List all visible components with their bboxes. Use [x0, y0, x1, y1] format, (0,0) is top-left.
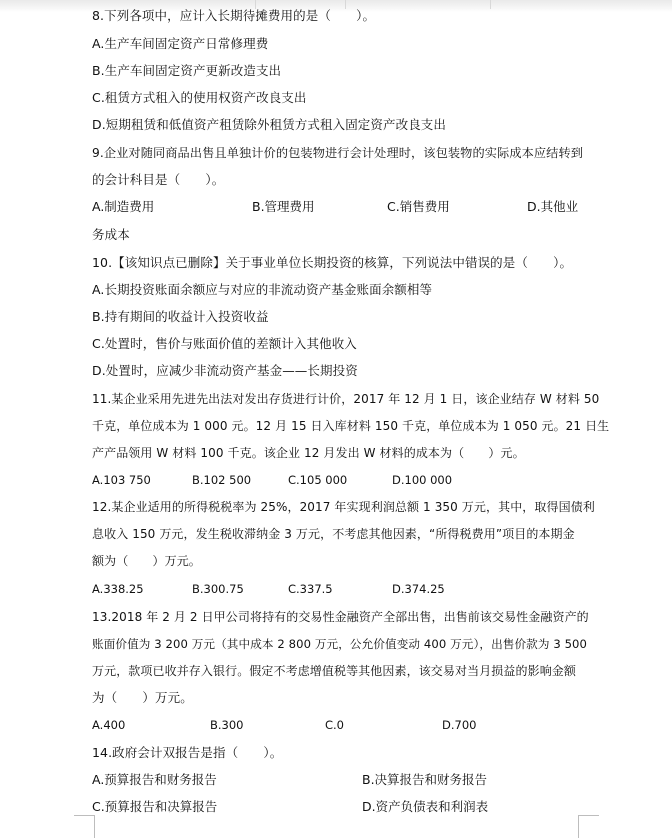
question-8-option-b: B.生产车间固定资产更新改造支出 — [92, 63, 281, 79]
question-13-option-a: A.400 — [92, 717, 125, 733]
question-11-stem-line1: 11.某企业采用先进先出法对发出存货进行计价，2017 年 12 月 1 日，该… — [92, 391, 599, 407]
question-11-option-d: D.100 000 — [392, 472, 452, 488]
question-10-option-b: B.持有期间的收益计入投资收益 — [92, 309, 269, 325]
question-13-stem-line4: 为（ ）万元。 — [92, 690, 193, 706]
question-13-option-c: C.0 — [325, 717, 344, 733]
question-14-option-c: C.预算报告和决算报告 — [92, 799, 217, 815]
question-11-stem-line2: 千克，单位成本为 1 000 元。12 月 15 日入库材料 150 千克，单位… — [92, 418, 609, 434]
question-10-stem: 10.【该知识点已删除】关于事业单位长期投资的核算，下列说法中错误的是（ ）。 — [92, 255, 572, 271]
question-11-option-c: C.105 000 — [288, 472, 347, 488]
page-margin-corner-right — [578, 815, 599, 838]
question-8-option-c: C.租赁方式租入的使用权资产改良支出 — [92, 90, 307, 106]
question-9-stem-line1: 9.企业对随同商品出售且单独计价的包装物进行会计处理时，该包装物的实际成本应结转… — [92, 145, 583, 161]
question-12-option-d: D.374.25 — [392, 581, 445, 597]
question-13-stem-line2: 账面价值为 3 200 万元（其中成本 2 800 万元，公允价值变动 400 … — [92, 636, 587, 652]
question-13-stem-line1: 13.2018 年 2 月 2 日甲公司将持有的交易性金融资产全部出售，出售前该… — [92, 609, 589, 625]
question-12-stem-line3: 额为（ ）万元。 — [92, 553, 201, 569]
question-13-option-b: B.300 — [210, 717, 244, 733]
question-10-option-a: A.长期投资账面余额应与对应的非流动资产基金账面余额相等 — [92, 282, 432, 298]
question-9-option-d: D.其他业 — [527, 199, 578, 215]
question-11-stem-line3: 产产品领用 W 材料 100 千克。该企业 12 月发出 W 材料的成本为（ ）… — [92, 445, 525, 461]
question-9-option-d-cont: 务成本 — [92, 227, 130, 243]
question-10-option-d: D.处置时，应减少非流动资产基金——长期投资 — [92, 363, 358, 379]
question-9-stem-line2: 的会计科目是（ ）。 — [92, 172, 224, 188]
question-8-stem: 8.下列各项中，应计入长期待摊费用的是（ ）。 — [92, 8, 375, 24]
question-11-option-a: A.103 750 — [92, 472, 151, 488]
question-13-stem-line3: 万元，款项已收并存入银行。假定不考虑增值税等其他因素，该交易对当月损益的影响金额 — [92, 663, 576, 679]
question-9-option-c: C.销售费用 — [387, 199, 450, 215]
question-9-option-a: A.制造费用 — [92, 199, 154, 215]
question-14-option-d: D.资产负债表和利润表 — [362, 799, 488, 815]
question-11-option-b: B.102 500 — [192, 472, 251, 488]
question-9-option-b: B.管理费用 — [252, 199, 315, 215]
question-12-option-b: B.300.75 — [192, 581, 244, 597]
question-12-option-c: C.337.5 — [288, 581, 333, 597]
question-12-stem-line2: 息收入 150 万元，发生税收滞纳金 3 万元，不考虑其他因素，“所得税费用”项… — [92, 526, 575, 542]
question-12-stem-line1: 12.某企业适用的所得税税率为 25%，2017 年实现利润总额 1 350 万… — [92, 499, 595, 515]
page-margin-corner-left — [74, 815, 95, 838]
question-10-option-c: C.处置时，售价与账面价值的差额计入其他收入 — [92, 336, 357, 352]
question-8-option-d: D.短期租赁和低值资产租赁除外租赁方式租入固定资产改良支出 — [92, 117, 446, 133]
question-13-option-d: D.700 — [442, 717, 476, 733]
question-14-option-b: B.决算报告和财务报告 — [362, 772, 487, 788]
question-12-option-a: A.338.25 — [92, 581, 144, 597]
question-14-option-a: A.预算报告和财务报告 — [92, 772, 217, 788]
question-8-option-a: A.生产车间固定资产日常修理费 — [92, 36, 268, 52]
ruler-divider — [490, 0, 491, 9]
question-14-stem: 14.政府会计双报告是指（ ）。 — [92, 745, 282, 761]
